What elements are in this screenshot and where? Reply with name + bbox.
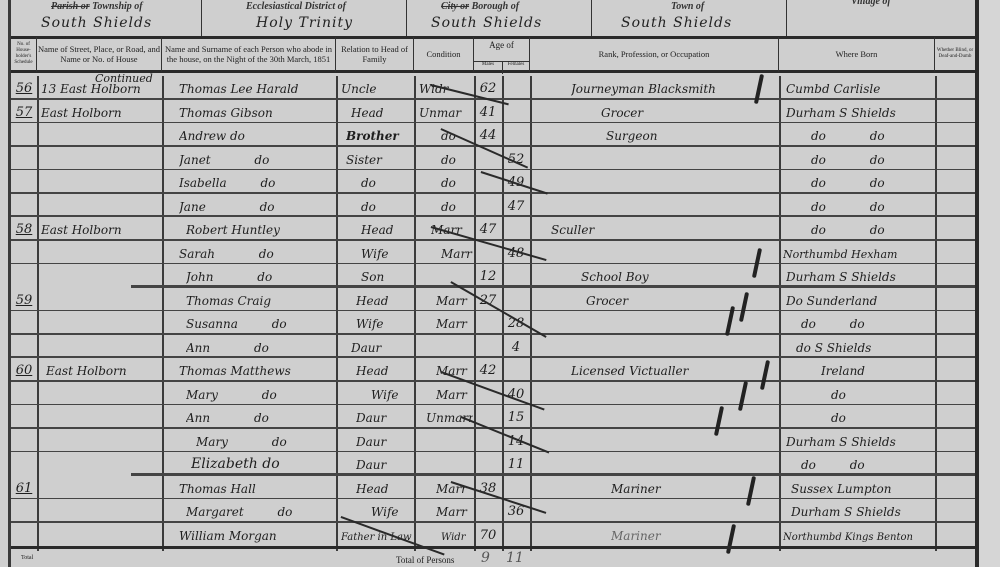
relation-cell: Wife (356, 311, 413, 334)
name-cell: Ann do (186, 335, 336, 358)
schedule-number (11, 405, 37, 428)
town-label: Town of (671, 1, 704, 12)
birthplace-cell: Ireland (821, 358, 931, 381)
street-cell (41, 194, 161, 217)
parish-label: Parish or Township of (51, 1, 143, 12)
relation-cell: Daur (351, 335, 413, 358)
col-blind: Whether Blind, or Deaf-and-Dumb (935, 37, 975, 73)
relation-cell: Brother (346, 123, 413, 146)
name-cell: Sarah do (179, 241, 334, 264)
birthplace-cell: Durham S Shields (786, 264, 934, 287)
schedule-number (11, 523, 37, 546)
relation-cell: do (361, 170, 413, 193)
street-cell (41, 170, 161, 193)
table-row: John do Son 12 School Boy Durham S Shiel… (11, 264, 975, 288)
name-cell: Thomas Gibson (179, 100, 334, 123)
age-female-cell: 47 (502, 194, 530, 217)
relation-cell: Uncle (341, 76, 411, 99)
street-cell (41, 405, 161, 428)
age-female-cell (502, 358, 530, 381)
col-schedule: No. of House-holder's Schedule (11, 37, 37, 73)
name-cell: Isabella do (179, 170, 334, 193)
birthplace-cell: Do Sunderland (786, 288, 934, 311)
town-value: South Shields (621, 15, 732, 31)
name-cell: Elizabeth do (191, 452, 336, 475)
table-row: 60 East Holborn Thomas Matthews Head Mar… (11, 358, 975, 382)
borough-label: City or Borough of (441, 1, 519, 12)
village-label: Village of (851, 0, 891, 7)
schedule-number (11, 194, 37, 217)
condition-cell (436, 429, 473, 452)
age-male-cell: 42 (474, 358, 502, 381)
schedule-number (11, 382, 37, 405)
table-row: Andrew do Brother do 44 Surgeon do do (11, 123, 975, 147)
relation-cell: Head (351, 100, 413, 123)
schedule-number (11, 123, 37, 146)
occupation-cell (571, 429, 776, 452)
name-cell: Mary do (196, 429, 336, 452)
occupation-cell (571, 194, 776, 217)
parish-value: South Shields (41, 15, 152, 31)
name-cell: Ann do (186, 405, 336, 428)
schedule-number (11, 335, 37, 358)
parish-cell: Parish or Township of South Shields (11, 0, 202, 36)
age-female-cell (502, 523, 530, 546)
schedule-number (11, 429, 37, 452)
street-cell (41, 123, 161, 146)
schedule-number (11, 147, 37, 170)
street-cell (41, 147, 161, 170)
schedule-number (11, 241, 37, 264)
name-cell: Andrew do (179, 123, 334, 146)
condition-cell (436, 452, 473, 475)
street-cell: 13 East Holborn (41, 76, 161, 99)
occupation-cell (571, 170, 776, 193)
census-table: 56 13 East Holborn Uncle Thomas Lee Hara… (11, 76, 975, 546)
table-row: 56 13 East Holborn Uncle Thomas Lee Hara… (11, 76, 975, 100)
birthplace-cell: do do (811, 147, 931, 170)
condition-cell: do (441, 147, 473, 170)
census-page: Parish or Township of South Shields Eccl… (0, 0, 979, 567)
total-persons-label: Total of Persons (396, 555, 454, 565)
street-cell (41, 335, 161, 358)
table-row: Isabella do do do 49 do do (11, 170, 975, 194)
birthplace-cell: do do (811, 217, 931, 240)
street-cell: East Holborn (41, 217, 161, 240)
condition-cell: Marr (436, 382, 473, 405)
schedule-number (11, 264, 37, 287)
table-row: Susanna do Wife Marr 28 do do (11, 311, 975, 335)
occupation-cell: Journeyman Blacksmith (571, 76, 776, 99)
birthplace-cell: Cumbd Carlisle (786, 76, 934, 99)
birthplace-cell: do do (811, 123, 931, 146)
birthplace-cell: do do (801, 452, 931, 475)
street-cell (41, 241, 161, 264)
occupation-cell (571, 452, 776, 475)
age-male-cell: 44 (474, 123, 502, 146)
occupation-cell: Surgeon (606, 123, 776, 146)
condition-cell: Marr (436, 311, 473, 334)
occupation-cell (571, 241, 776, 264)
page-header: Parish or Township of South Shields Eccl… (11, 0, 975, 39)
name-cell: Margaret do (186, 499, 336, 522)
col-relation: Relation to Head of Family (336, 37, 414, 73)
age-male-cell (474, 499, 502, 522)
borough-cell: City or Borough of South Shields (406, 0, 592, 36)
total-label: Total (21, 555, 33, 561)
street-cell (41, 499, 161, 522)
name-cell: Thomas Craig (186, 288, 336, 311)
street-cell (41, 452, 161, 475)
birthplace-cell: do S Shields (796, 335, 934, 358)
relation-cell: Wife (361, 241, 413, 264)
schedule-number: 57 (11, 100, 37, 123)
table-row: Elizabeth do Daur 11 do do (11, 452, 975, 476)
condition-cell (436, 335, 473, 358)
condition-cell: Widr (441, 523, 473, 546)
schedule-number: 59 (11, 288, 37, 311)
relation-cell: Head (356, 288, 413, 311)
schedule-number: 56 (11, 76, 37, 99)
col-condition: Condition (414, 37, 474, 73)
age-female-cell: 4 (502, 335, 530, 358)
relation-cell: Son (361, 264, 413, 287)
table-row: Jane do do do 47 do do (11, 194, 975, 218)
table-row: 59 Thomas Craig Head Marr 27 Grocer Do S… (11, 288, 975, 312)
table-row: Ann do Daur 4 do S Shields (11, 335, 975, 359)
occupation-cell (571, 311, 776, 334)
birthplace-cell: do do (811, 194, 931, 217)
col-age: Age of Males Females (474, 37, 530, 73)
total-females: 11 (506, 550, 524, 566)
name-cell: John do (186, 264, 336, 287)
occupation-cell: Sculler (551, 217, 771, 240)
relation-cell: Daur (356, 452, 413, 475)
col-age-females: Females (502, 61, 530, 74)
name-cell: William Morgan (179, 523, 334, 546)
condition-cell: Marr (436, 499, 473, 522)
occupation-cell (571, 335, 776, 358)
age-male-cell (474, 194, 502, 217)
table-row: William Morgan Father in Law Widr 70 Mar… (11, 523, 975, 547)
schedule-number: 60 (11, 358, 37, 381)
condition-cell: Unmarr (426, 405, 473, 428)
age-female-cell (502, 123, 530, 146)
age-female-cell (502, 217, 530, 240)
occupation-cell (571, 147, 776, 170)
name-cell: Thomas Matthews (179, 358, 334, 381)
age-female-cell (502, 476, 530, 499)
age-female-cell: 15 (502, 405, 530, 428)
relation-cell: do (361, 194, 413, 217)
col-age-label: Age of (474, 40, 529, 50)
parish-label-struck: Parish or (51, 1, 90, 12)
age-female-cell (502, 76, 530, 99)
street-cell (41, 264, 161, 287)
city-label-struck: City or (441, 1, 469, 12)
occupation-cell: School Boy (581, 264, 771, 287)
street-cell: East Holborn (46, 358, 161, 381)
birthplace-cell: do do (811, 170, 931, 193)
table-row: Mary do Wife Marr 40 do (11, 382, 975, 406)
condition-cell: Marr (441, 241, 473, 264)
birthplace-cell: Durham S Shields (786, 100, 934, 123)
occupation-cell (571, 405, 776, 428)
col-street: Name of Street, Place, or Road, and Name… (37, 37, 162, 73)
town-cell: Town of South Shields (591, 0, 787, 36)
col-age-males: Males (474, 61, 503, 74)
age-female-cell: 11 (502, 452, 530, 475)
relation-cell: Sister (346, 147, 413, 170)
col-where-born: Where Born (779, 37, 935, 73)
name-cell: Jane do (179, 194, 334, 217)
schedule-number: 61 (11, 476, 37, 499)
age-male-cell (474, 452, 502, 475)
relation-cell: Daur (356, 405, 413, 428)
age-male-cell: 47 (474, 217, 502, 240)
name-cell: Thomas Hall (179, 476, 334, 499)
district-cell: Ecclesiastical District of Holy Trinity (201, 0, 407, 36)
schedule-number (11, 170, 37, 193)
table-row: Ann do Daur Unmarr 15 do (11, 405, 975, 429)
schedule-number (11, 311, 37, 334)
relation-cell: Head (361, 217, 413, 240)
schedule-number (11, 452, 37, 475)
age-male-cell (474, 311, 502, 334)
table-row: Mary do Daur 14 Durham S Shields (11, 429, 975, 453)
borough-value: South Shields (431, 15, 542, 31)
birthplace-cell: Northumbd Kings Benton (783, 523, 938, 546)
age-female-cell (502, 264, 530, 287)
birthplace-cell: Sussex Lumpton (791, 476, 934, 499)
age-male-cell: 41 (474, 100, 502, 123)
schedule-number (11, 499, 37, 522)
street-cell (41, 476, 161, 499)
condition-cell: Unmar (419, 100, 473, 123)
parish-label-text: Township of (92, 1, 142, 12)
street-cell (41, 382, 161, 405)
relation-cell: Head (356, 358, 413, 381)
occupation-cell: Licensed Victualler (571, 358, 771, 381)
name-cell: Susanna do (186, 311, 336, 334)
occupation-cell: Mariner (611, 523, 771, 546)
relation-cell: Daur (356, 429, 413, 452)
page-margin (979, 0, 1000, 567)
age-male-cell: 38 (474, 476, 502, 499)
birthplace-cell: Durham S Shields (791, 499, 934, 522)
age-male-cell (474, 335, 502, 358)
street-cell (41, 523, 161, 546)
table-row: 58 East Holborn Robert Huntley Head Marr… (11, 217, 975, 241)
table-row: Janet do Sister do 52 do do (11, 147, 975, 171)
birthplace-cell: do (831, 382, 931, 405)
borough-label-text: Borough of (472, 1, 520, 12)
village-cell: Village of (786, 0, 975, 36)
name-cell: Thomas Lee Harald (179, 76, 334, 99)
age-female-cell (502, 288, 530, 311)
table-row: Margaret do Wife Marr 36 Durham S Shield… (11, 499, 975, 523)
total-row: Total Total of Persons 9 11 (11, 546, 975, 567)
street-cell (41, 311, 161, 334)
col-name: Name and Surname of each Person who abod… (162, 37, 336, 73)
occupation-cell: Grocer (601, 100, 776, 123)
relation-cell: Head (356, 476, 413, 499)
birthplace-cell: Durham S Shields (786, 429, 934, 452)
name-cell: Mary do (186, 382, 336, 405)
birthplace-cell: Northumbd Hexham (783, 241, 933, 264)
district-value: Holy Trinity (256, 15, 353, 31)
name-cell: Janet do (179, 147, 334, 170)
name-cell: Robert Huntley (186, 217, 336, 240)
col-occupation: Rank, Profession, or Occupation (530, 37, 779, 73)
street-cell (41, 429, 161, 452)
table-row: 57 East Holborn Thomas Gibson Head Unmar… (11, 100, 975, 124)
birthplace-cell: do do (801, 311, 921, 334)
condition-cell: do (441, 194, 473, 217)
condition-cell: do (441, 170, 473, 193)
relation-cell: Wife (371, 382, 413, 405)
birthplace-cell: do (831, 405, 931, 428)
street-cell: East Holborn (41, 100, 161, 123)
district-label: Ecclesiastical District of (246, 1, 346, 12)
age-male-cell: 12 (474, 264, 502, 287)
street-cell (41, 288, 161, 311)
schedule-number: 58 (11, 217, 37, 240)
relation-cell: Wife (371, 499, 413, 522)
occupation-cell (571, 499, 776, 522)
age-male-cell: 70 (474, 523, 502, 546)
total-males: 9 (481, 550, 490, 566)
